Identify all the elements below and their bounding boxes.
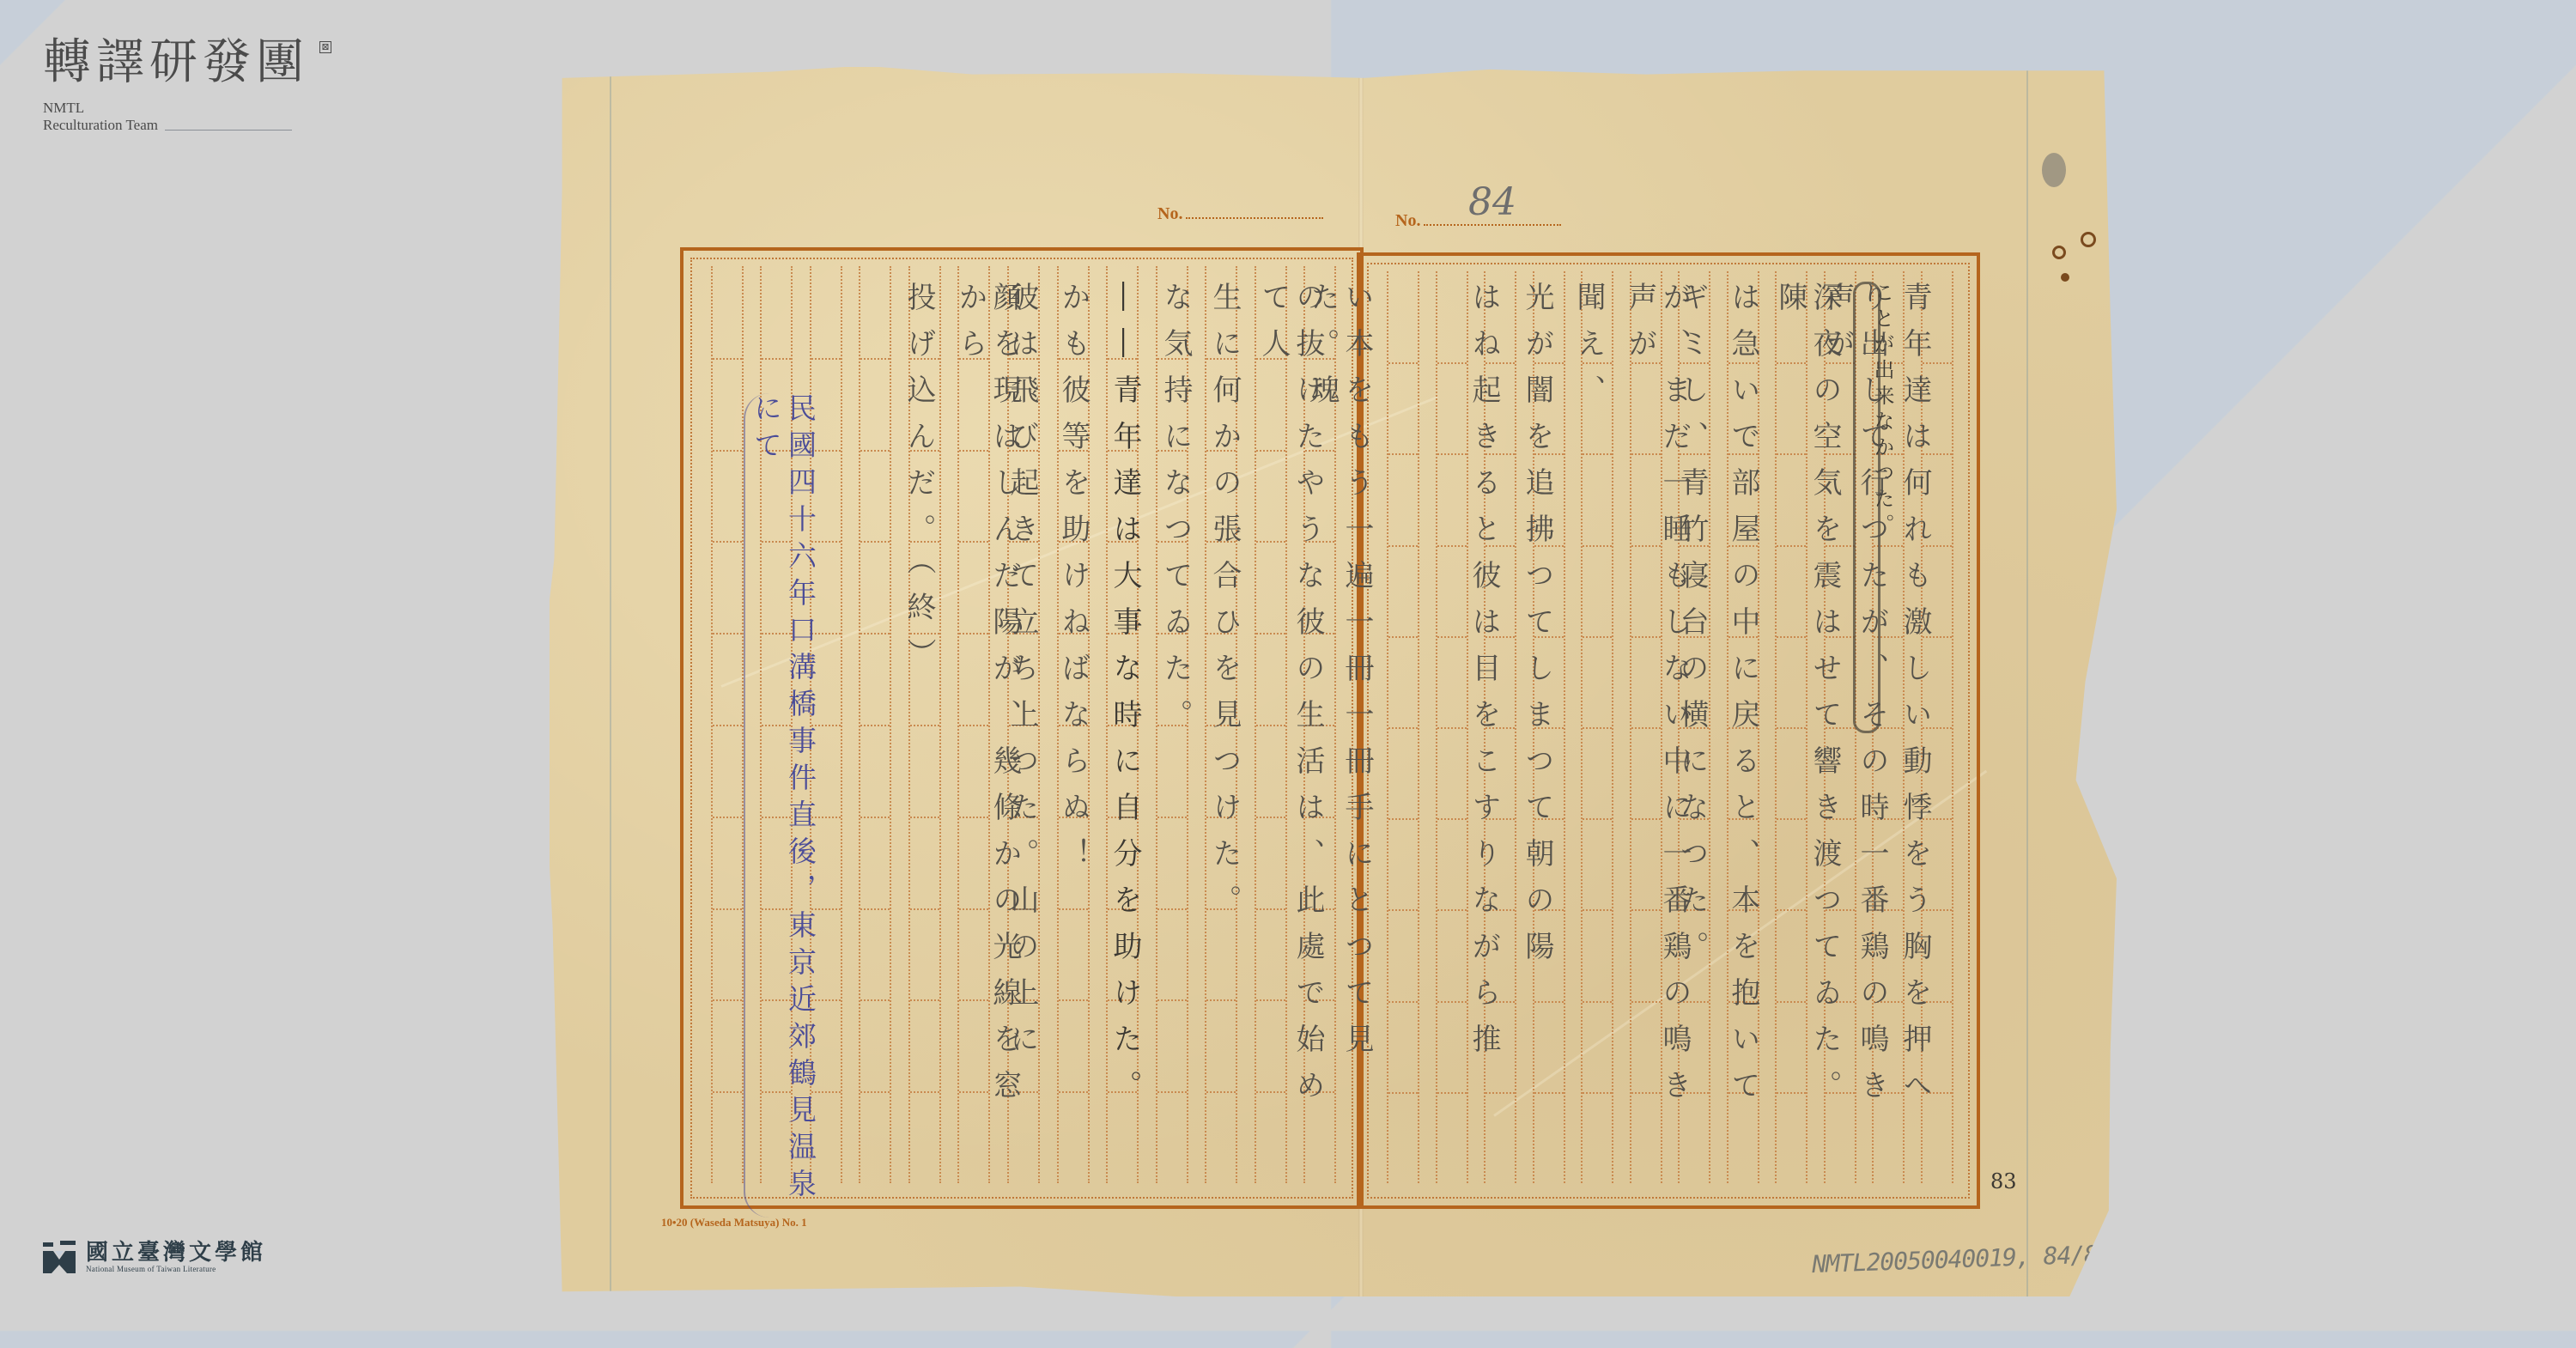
manuscript-column: はね起きると彼は目をこすりながら推: [1467, 282, 1501, 1140]
brand-subtitle-nmtl: NMTL: [43, 100, 309, 117]
grid-cell-divider: [713, 817, 742, 818]
museum-name-zh: 國立臺灣文學館: [86, 1241, 266, 1265]
grid-cell-divider: [1437, 1092, 1467, 1094]
pin-hole: [2061, 273, 2069, 282]
no-dots: [1424, 224, 1561, 226]
grid-cell-divider: [1388, 453, 1418, 455]
grid-cell-divider: [1388, 727, 1418, 729]
grid-cell-divider: [1388, 1001, 1418, 1003]
grid-cell-divider: [1437, 362, 1467, 364]
grid-cell-divider: [713, 450, 742, 452]
grid-cell-divider: [860, 999, 890, 1001]
grid-line: [610, 67, 611, 1296]
manuscript-column: 深夜の空気を震はせて響き渡つてゐた。陳: [1773, 282, 1842, 1140]
brand-title: 轉譯研發團: [43, 34, 309, 91]
grid-cell-divider: [713, 1091, 742, 1093]
left-page-no-label: No.: [1157, 204, 1182, 223]
grid-cell-divider: [1388, 818, 1418, 820]
grid-cell-divider: [1437, 453, 1467, 455]
no-dots: [1186, 217, 1323, 219]
grid-cell-divider: [713, 999, 742, 1001]
manuscript-column: ――青年達は大事な時に自分を助けた。: [1108, 282, 1142, 1140]
manuscript-column: 青年達は何れも激しい動悸をう胸を押へ: [1898, 282, 1932, 1140]
manuscript-column: かも彼等を助けねばならぬ！: [1056, 282, 1091, 1140]
manuscript-column: の抜けたやうな彼の生活は、此處で始めて人: [1256, 282, 1325, 1140]
grid-cell-divider: [1388, 1092, 1418, 1094]
grid-column: [859, 266, 891, 1183]
right-page-no-label: No.: [1395, 211, 1420, 230]
blue-ink-annotation: 民國四十六年口溝橋事件直後，東京近郊鶴見温泉にて: [744, 393, 817, 1217]
brand-subtitle-team-text: Reculturation Team: [43, 117, 158, 134]
corner-page-mark: 83: [1990, 1164, 2017, 1199]
grid-cell-divider: [1437, 727, 1467, 729]
grid-cell-divider: [860, 541, 890, 543]
left-page-number-field: No.: [1157, 204, 1323, 224]
grid-cell-divider: [1437, 818, 1467, 820]
manuscript-column: が、まだ一睡もしない中に一番鶏の鳴き声が: [1623, 282, 1692, 1140]
grid-cell-divider: [713, 725, 742, 726]
manuscript-paper: No. No. 84 青年達は何れも激しい動悸をう胸を押へ ことが出来なかつた。…: [550, 67, 2117, 1296]
paper-stain: [2042, 153, 2066, 187]
museum-mark-icon: [41, 1239, 77, 1275]
museum-name-en: National Museum of Taiwan Literature: [86, 1265, 266, 1273]
manuscript-column: 投げ込んだ。（終）: [902, 282, 936, 1140]
brand-header: 轉譯研發團 ⊠ NMTL Reculturation Team: [43, 34, 309, 134]
grid-column: [711, 266, 744, 1183]
grid-cell-divider: [1437, 636, 1467, 638]
handwritten-page-number: 84: [1468, 180, 1516, 224]
grid-cell-divider: [762, 358, 791, 360]
grid-cell-divider: [1388, 909, 1418, 911]
archive-id: NMTL20050040019, 84/84: [1812, 1240, 2112, 1278]
grid-cell-divider: [713, 633, 742, 635]
manuscript-column: 生に何かの張合ひを見つけた。: [1207, 282, 1242, 1140]
grid-cell-divider: [713, 541, 742, 543]
grid-cell-divider: [1388, 636, 1418, 638]
grid-cell-divider: [713, 908, 742, 910]
manuscript-column: は急いで部屋の中に戻ると、本を抱いて: [1726, 282, 1760, 1140]
grid-cell-divider: [860, 1091, 890, 1093]
grid-cell-divider: [1437, 1001, 1467, 1003]
grid-cell-divider: [860, 817, 890, 818]
grid-cell-divider: [860, 358, 890, 360]
grid-cell-divider: [1437, 909, 1467, 911]
manuscript-column: 顔を現はしんだ陽が、幾條かの光線を窓から: [953, 282, 1022, 1140]
pin-hole: [2081, 232, 2096, 247]
grid-cell-divider: [860, 450, 890, 452]
grid-cell-divider: [811, 358, 841, 360]
paper-maker-label: 10•20 (Waseda Matsuya) No. 1: [661, 1216, 807, 1230]
manuscript-column: 聞え、: [1571, 282, 1606, 1140]
grid-cell-divider: [1388, 362, 1418, 364]
grid-cell-divider: [1437, 545, 1467, 547]
manuscript-column: 光が闇を追拂つてしまつて朝の陽: [1520, 282, 1554, 1140]
brand-subtitle-team: Reculturation Team: [43, 117, 309, 134]
grid-column: [1387, 271, 1419, 1183]
grid-cell-divider: [1388, 545, 1418, 547]
grid-line: [2026, 67, 2028, 1296]
grid-cell-divider: [860, 633, 890, 635]
grid-cell-divider: [860, 908, 890, 910]
grid-cell-divider: [860, 725, 890, 726]
grid-column: [1436, 271, 1468, 1183]
pin-hole: [2052, 246, 2066, 259]
grid-cell-divider: [713, 358, 742, 360]
brand-underline: [165, 130, 292, 131]
manuscript-column: な気持になつてゐた。: [1158, 282, 1193, 1140]
brand-badge-icon: ⊠: [319, 41, 331, 53]
museum-logo: 國立臺灣文學館 National Museum of Taiwan Litera…: [41, 1239, 266, 1275]
